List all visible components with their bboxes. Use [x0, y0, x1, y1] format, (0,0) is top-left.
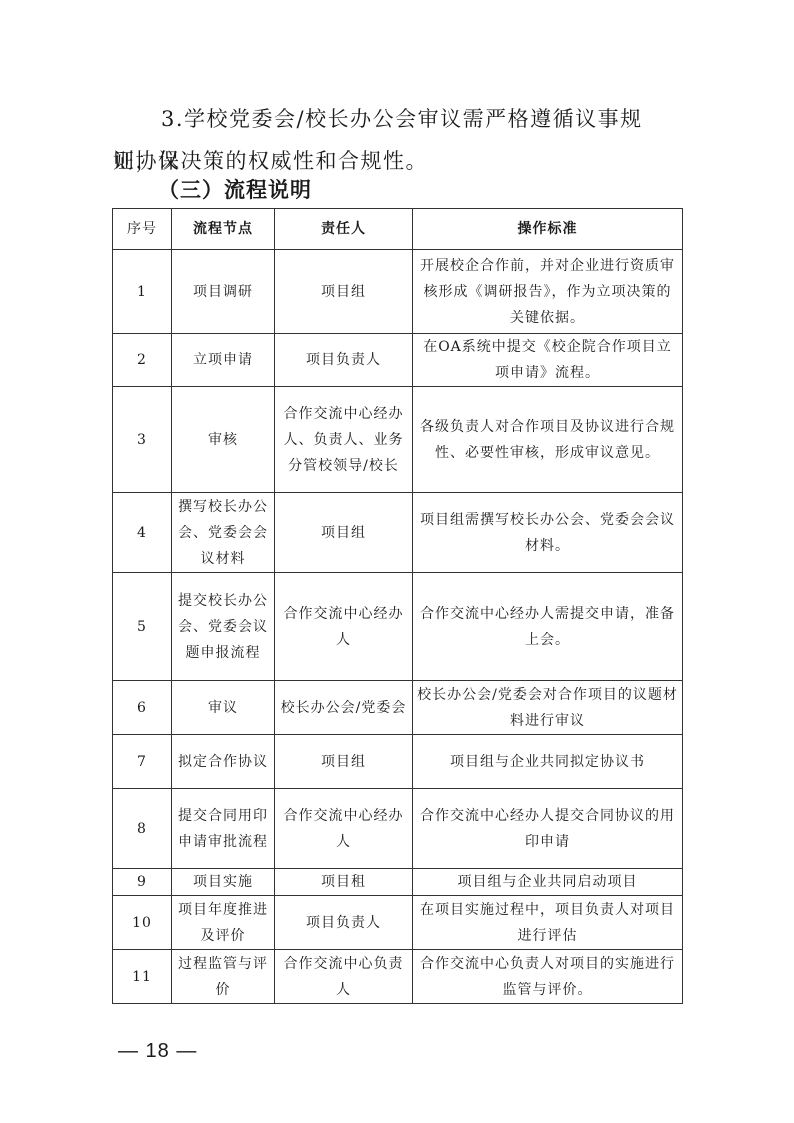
cell-owner: 合作交流中心经办人 — [275, 789, 413, 869]
paragraph-text: 证协议决策的权威性和合规性。 — [113, 149, 428, 173]
table-row: 2立项申请项目负责人在OA系统中提交《校企院合作项目立项申请》流程。 — [113, 334, 683, 387]
table-row: 3审核合作交流中心经办人、负责人、业务分管校领导/校长各级负责人对合作项目及协议… — [113, 387, 683, 493]
cell-node: 提交合同用印申请审批流程 — [172, 789, 275, 869]
cell-no: 2 — [113, 334, 172, 387]
header-no: 序号 — [113, 209, 172, 250]
cell-standard: 项目组与企业共同启动项目 — [413, 869, 683, 896]
cell-owner: 合作交流中心经办人 — [275, 573, 413, 681]
cell-node: 立项申请 — [172, 334, 275, 387]
page-number: — 18 — — [118, 1040, 197, 1063]
cell-owner: 项目租 — [275, 869, 413, 896]
cell-node: 项目实施 — [172, 869, 275, 896]
cell-standard: 校长办公会/党委会对合作项目的议题材料进行审议 — [413, 681, 683, 735]
cell-no: 6 — [113, 681, 172, 735]
header-owner: 责任人 — [275, 209, 413, 250]
cell-owner: 校长办公会/党委会 — [275, 681, 413, 735]
cell-no: 3 — [113, 387, 172, 493]
table-row: 7拟定合作协议项目组项目组与企业共同拟定协议书 — [113, 735, 683, 789]
cell-no: 4 — [113, 493, 172, 573]
cell-owner: 项目负责人 — [275, 334, 413, 387]
cell-no: 1 — [113, 250, 172, 334]
cell-standard: 在OA系统中提交《校企院合作项目立项申请》流程。 — [413, 334, 683, 387]
cell-node: 提交校长办公会、党委会议题申报流程 — [172, 573, 275, 681]
cell-owner: 合作交流中心负责人 — [275, 950, 413, 1004]
cell-standard: 开展校企合作前，并对企业进行资质审核形成《调研报告》，作为立项决策的关键依据。 — [413, 250, 683, 334]
cell-standard: 合作交流中心经办人需提交申请，准备上会。 — [413, 573, 683, 681]
cell-standard: 各级负责人对合作项目及协议进行合规性、必要性审核，形成审议意见。 — [413, 387, 683, 493]
table-row: 9项目实施项目租项目组与企业共同启动项目 — [113, 869, 683, 896]
table-row: 5提交校长办公会、党委会议题申报流程合作交流中心经办人合作交流中心经办人需提交申… — [113, 573, 683, 681]
section-heading: （三）流程说明 — [158, 174, 312, 204]
header-standard: 操作标准 — [413, 209, 683, 250]
cell-node: 撰写校长办公会、党委会会议材料 — [172, 493, 275, 573]
header-node: 流程节点 — [172, 209, 275, 250]
cell-no: 11 — [113, 950, 172, 1004]
table-row: 8提交合同用印申请审批流程合作交流中心经办人合作交流中心经办人提交合同协议的用印… — [113, 789, 683, 869]
cell-standard: 在项目实施过程中，项目负责人对项目进行评估 — [413, 896, 683, 950]
table-header-row: 序号 流程节点 责任人 操作标准 — [113, 209, 683, 250]
cell-owner: 项目负责人 — [275, 896, 413, 950]
cell-node: 审核 — [172, 387, 275, 493]
cell-node: 拟定合作协议 — [172, 735, 275, 789]
cell-no: 8 — [113, 789, 172, 869]
cell-node: 过程监管与评价 — [172, 950, 275, 1004]
cell-no: 9 — [113, 869, 172, 896]
process-table: 序号 流程节点 责任人 操作标准 1项目调研项目组开展校企合作前，并对企业进行资… — [112, 208, 683, 1004]
cell-owner: 项目组 — [275, 735, 413, 789]
cell-node: 项目年度推进及评价 — [172, 896, 275, 950]
cell-standard: 项目组需撰写校长办公会、党委会会议材料。 — [413, 493, 683, 573]
cell-owner: 合作交流中心经办人、负责人、业务分管校领导/校长 — [275, 387, 413, 493]
cell-owner: 项目组 — [275, 493, 413, 573]
cell-no: 5 — [113, 573, 172, 681]
table-row: 11过程监管与评价合作交流中心负责人合作交流中心负责人对项目的实施进行监管与评价… — [113, 950, 683, 1004]
cell-standard: 合作交流中心负责人对项目的实施进行监管与评价。 — [413, 950, 683, 1004]
cell-no: 7 — [113, 735, 172, 789]
table-row: 10项目年度推进及评价项目负责人在项目实施过程中，项目负责人对项目进行评估 — [113, 896, 683, 950]
table-row: 1项目调研项目组开展校企合作前，并对企业进行资质审核形成《调研报告》，作为立项决… — [113, 250, 683, 334]
cell-node: 项目调研 — [172, 250, 275, 334]
cell-standard: 项目组与企业共同拟定协议书 — [413, 735, 683, 789]
table-row: 6审议校长办公会/党委会校长办公会/党委会对合作项目的议题材料进行审议 — [113, 681, 683, 735]
cell-standard: 合作交流中心经办人提交合同协议的用印申请 — [413, 789, 683, 869]
cell-no: 10 — [113, 896, 172, 950]
cell-node: 审议 — [172, 681, 275, 735]
cell-owner: 项目组 — [275, 250, 413, 334]
table-row: 4撰写校长办公会、党委会会议材料项目组项目组需撰写校长办公会、党委会会议材料。 — [113, 493, 683, 573]
